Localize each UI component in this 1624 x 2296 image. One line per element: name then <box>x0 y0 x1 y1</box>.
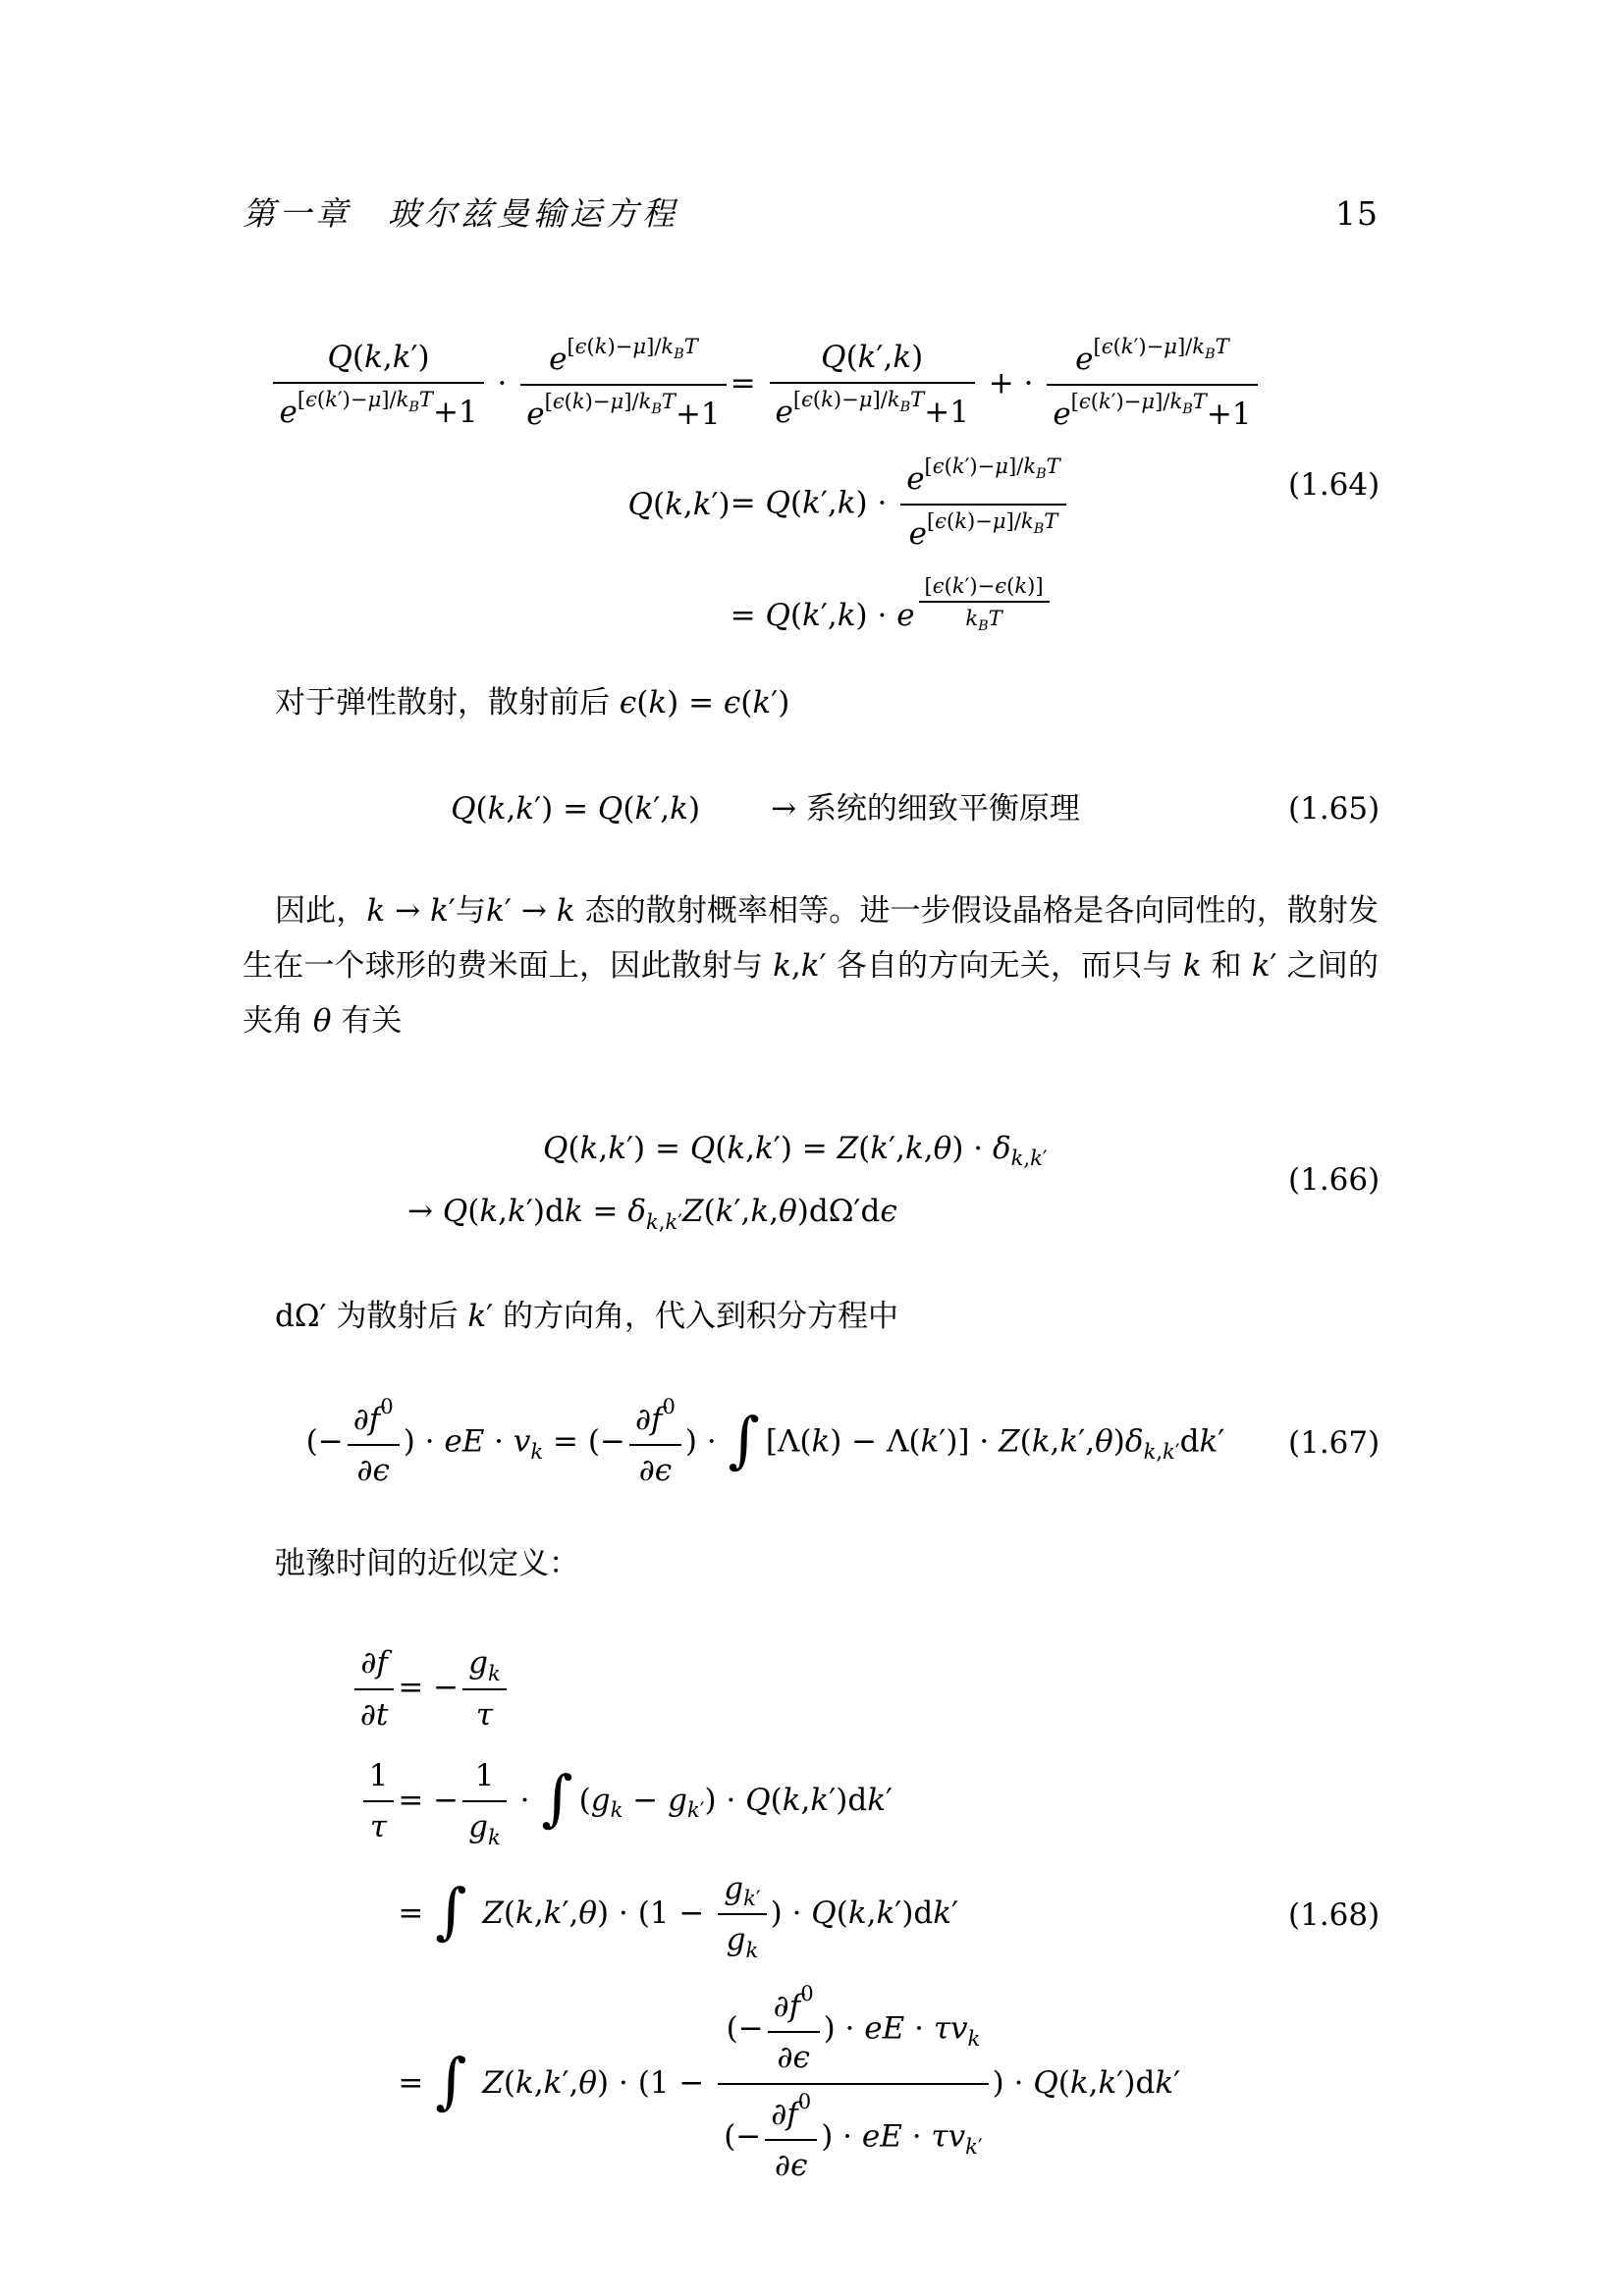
equation-right-part: = ∫ Z(k,k′,θ) · (1 − (−∂f0∂ϵ) · eE · τvk… <box>398 1971 1180 2198</box>
equation-1-65-body: Q(k,k′) = Q(k′,k) → 系统的细致平衡原理 <box>243 789 1288 828</box>
chapter-title: 第一章 玻尔兹曼输运方程 <box>243 188 678 235</box>
equation-line: Q(k,k′) = Q(k′,k) · e[ϵ(k′)−μ]/kBTe[ϵ(k)… <box>269 445 1261 564</box>
equation-left-part <box>351 1971 399 2198</box>
page-number: 15 <box>1335 194 1379 233</box>
equation-1-65-formula: Q(k,k′) = Q(k′,k) <box>451 789 700 828</box>
equation-number-1-68: (1.68) <box>1288 1897 1379 1933</box>
equation-line: = ∫ Z(k,k′,θ) · (1 − (−∂f0∂ϵ) · eE · τvk… <box>351 1971 1180 2198</box>
equation-left-part <box>351 1858 399 1971</box>
equation-1-68-lines: ∂f∂t = −gkτ 1τ = −1gk · ∫(gk − gk′) · Q(… <box>351 1632 1180 2197</box>
document-page: 第一章 玻尔兹曼输运方程 15 Q(k,k′)e[ϵ(k′)−μ]/kBT+1 … <box>0 0 1624 2296</box>
equation-line: = Q(k′,k) · e[ϵ(k′)−ϵ(k)]kBT <box>269 564 1261 645</box>
equation-block-1-64: Q(k,k′)e[ϵ(k′)−μ]/kBT+1 · e[ϵ(k)−μ]/kBTe… <box>243 325 1379 646</box>
equation-number-1-67: (1.67) <box>1288 1425 1379 1461</box>
equation-right-part: = Q(k′,k) · e[ϵ(k′)−ϵ(k)]kBT <box>731 564 1262 645</box>
equation-1-67-body: (−∂f0∂ϵ) · eE · vk = (−∂f0∂ϵ) · ∫[Λ(k) −… <box>243 1395 1288 1491</box>
equation-left-part: 1τ <box>351 1745 399 1858</box>
equation-line: ∂f∂t = −gkτ <box>351 1632 1180 1745</box>
equation-right-part: = −1gk · ∫(gk − gk′) · Q(k,k′)dk′ <box>398 1745 1180 1858</box>
equation-block-1-67: (−∂f0∂ϵ) · eE · vk = (−∂f0∂ϵ) · ∫[Λ(k) −… <box>243 1395 1379 1491</box>
equation-line: Q(k,k′)e[ϵ(k′)−μ]/kBT+1 · e[ϵ(k)−μ]/kBTe… <box>269 325 1261 445</box>
equation-line: 1τ = −1gk · ∫(gk − gk′) · Q(k,k′)dk′ <box>351 1745 1180 1858</box>
equation-number-1-66: (1.66) <box>1288 1162 1379 1198</box>
equation-1-68-body: ∂f∂t = −gkτ 1τ = −1gk · ∫(gk − gk′) · Q(… <box>243 1632 1288 2197</box>
equation-1-64-body: Q(k,k′)e[ϵ(k′)−μ]/kBT+1 · e[ϵ(k)−μ]/kBTe… <box>243 325 1288 646</box>
equation-1-66-line-2: → Q(k,k′)dk = δk,k′Z(k′,k,θ)dΩ′dϵ <box>407 1192 1048 1231</box>
equation-left-part: ∂f∂t <box>351 1632 399 1745</box>
equation-1-66-body: Q(k,k′) = Q(k,k′) = Z(k′,k,θ) · δk,k′ → … <box>243 1129 1288 1232</box>
equation-block-1-66: Q(k,k′) = Q(k,k′) = Z(k′,k,θ) · δk,k′ → … <box>243 1129 1379 1232</box>
equation-left-part <box>269 564 730 645</box>
equation-left-part: Q(k,k′)e[ϵ(k′)−μ]/kBT+1 · e[ϵ(k)−μ]/kBTe… <box>269 325 730 445</box>
equation-1-67-line: (−∂f0∂ϵ) · eE · vk = (−∂f0∂ϵ) · ∫[Λ(k) −… <box>243 1395 1288 1491</box>
equation-number-1-65: (1.65) <box>1288 791 1379 827</box>
equation-right-part: = Q(k′,k) · e[ϵ(k′)−μ]/kBTe[ϵ(k)−μ]/kBT <box>731 445 1262 564</box>
paragraph-elastic-scattering: 对于弹性散射，散射前后 ϵ(k) = ϵ(k′) <box>243 675 1379 730</box>
equation-right-part: = Q(k′,k)e[ϵ(k)−μ]/kBT+1 + · e[ϵ(k′)−μ]/… <box>731 325 1262 445</box>
equation-block-1-68: ∂f∂t = −gkτ 1τ = −1gk · ∫(gk − gk′) · Q(… <box>243 1632 1379 2197</box>
page-header: 第一章 玻尔兹曼输运方程 15 <box>243 188 1379 235</box>
equation-left-part: Q(k,k′) <box>269 445 730 564</box>
equation-number-1-64: (1.64) <box>1288 467 1379 503</box>
paragraph-isotropy: 因此，k → k′与k′ → k 态的散射概率相等。进一步假设晶格是各向同性的，… <box>243 883 1379 1048</box>
equation-line: = ∫ Z(k,k′,θ) · (1 − gk′gk) · Q(k,k′)dk′ <box>351 1858 1180 1971</box>
equation-block-1-65: Q(k,k′) = Q(k′,k) → 系统的细致平衡原理 (1.65) <box>243 789 1379 828</box>
equation-1-64-lines: Q(k,k′)e[ϵ(k′)−μ]/kBT+1 · e[ϵ(k)−μ]/kBTe… <box>269 325 1261 646</box>
equation-right-part: = −gkτ <box>398 1632 1180 1745</box>
equation-1-65-note: → 系统的细致平衡原理 <box>771 789 1080 828</box>
equation-right-part: = ∫ Z(k,k′,θ) · (1 − gk′gk) · Q(k,k′)dk′ <box>398 1858 1180 1971</box>
equation-1-66-line-1: Q(k,k′) = Q(k,k′) = Z(k′,k,θ) · δk,k′ <box>407 1129 1048 1168</box>
paragraph-solid-angle: dΩ′ 为散射后 k′ 的方向角，代入到积分方程中 <box>243 1289 1379 1344</box>
paragraph-relaxation-time: 弛豫时间的近似定义： <box>243 1536 1379 1591</box>
